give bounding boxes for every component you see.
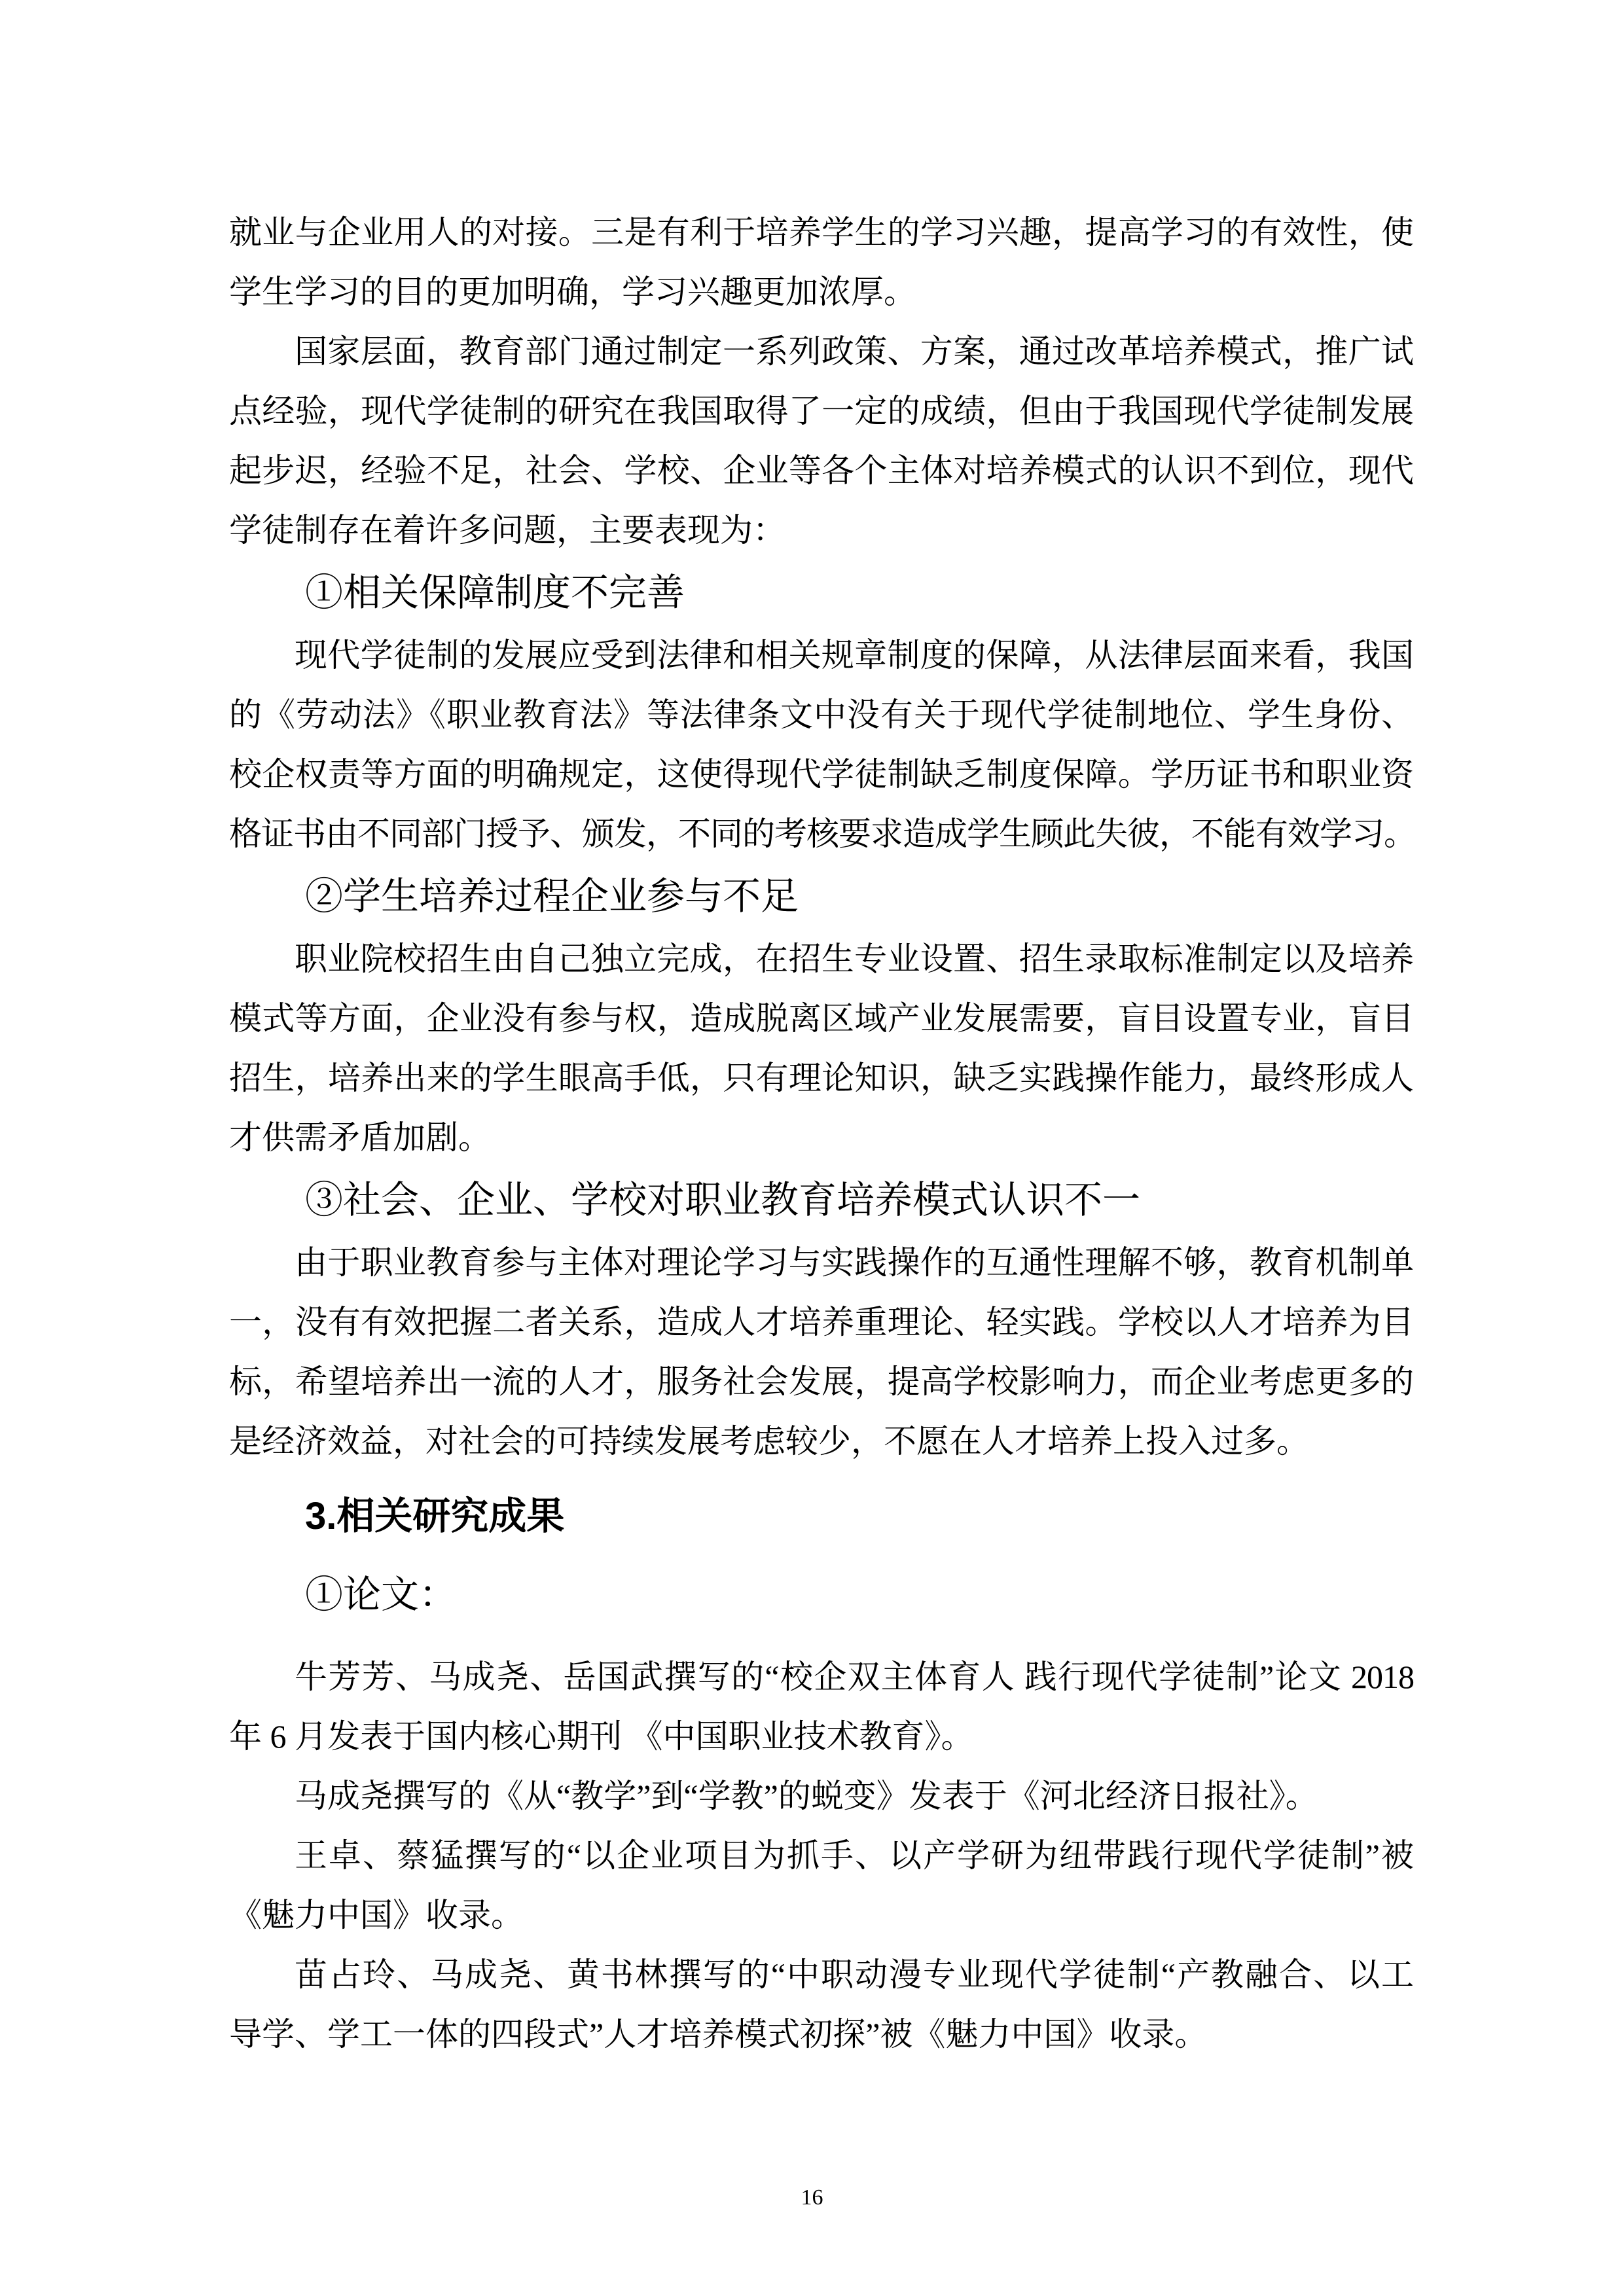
text-line: 学生学习的目的更加明确，学习兴趣更加浓厚。 (229, 262, 1414, 322)
text-line: 由于职业教育参与主体对理论学习与实践操作的互通性理解不够，教育机制单 (229, 1233, 1414, 1293)
text-line: 牛芳芳、马成尧、岳国武撰写的“校企双主体育人 践行现代学徒制”论文 2018 (229, 1647, 1414, 1707)
text-line: 《魅力中国》收录。 (229, 1886, 1414, 1945)
text-line: 学徒制存在着许多问题，主要表现为： (229, 501, 1414, 560)
text-line: 职业院校招生由自己独立完成，在招生专业设置、招生录取标准制定以及培养 (229, 929, 1414, 989)
text-line: 现代学徒制的发展应受到法律和相关规章制度的保障，从法律层面来看，我国 (229, 626, 1414, 685)
text-line: 标，希望培养出一流的人才，服务社会发展，提高学校影响力，而企业考虑更多的 (229, 1352, 1414, 1412)
text-line: 起步迟，经验不足，社会、学校、企业等各个主体对培养模式的认识不到位，现代 (229, 441, 1414, 501)
text-line: 是经济效益，对社会的可持续发展考虑较少，不愿在人才培养上投入过多。 (229, 1412, 1414, 1471)
text-line: 的《劳动法》《职业教育法》等法律条文中没有关于现代学徒制地位、学生身份、 (229, 685, 1414, 745)
text-line: 年 6 月发表于国内核心期刊 《中国职业技术教育》。 (229, 1707, 1414, 1767)
text-line: 格证书由不同部门授予、颁发，不同的考核要求造成学生顾此失彼，不能有效学习。 (229, 804, 1414, 864)
text-body: 就业与企业用人的对接。三是有利于培养学生的学习兴趣，提高学习的有效性，使学生学习… (229, 203, 1414, 2064)
text-line: 模式等方面，企业没有参与权，造成脱离区域产业发展需要，盲目设置专业，盲目 (229, 989, 1414, 1049)
text-line: 国家层面，教育部门通过制定一系列政策、方案，通过改革培养模式，推广试 (229, 322, 1414, 382)
text-line: 招生，培养出来的学生眼高手低，只有理论知识，缺乏实践操作能力，最终形成人 (229, 1049, 1414, 1108)
text-line: 就业与企业用人的对接。三是有利于培养学生的学习兴趣，提高学习的有效性，使 (229, 203, 1414, 262)
heading-line: ①论文： (229, 1562, 1414, 1628)
text-line: 点经验，现代学徒制的研究在我国取得了一定的成绩，但由于我国现代学徒制发展 (229, 382, 1414, 441)
heading-line: 3.相关研究成果 (229, 1480, 1414, 1552)
heading-line: ①相关保障制度不完善 (229, 560, 1414, 626)
page-number: 16 (0, 2185, 1624, 2211)
text-line: 导学、学工一体的四段式”人才培养模式初探”被《魅力中国》收录。 (229, 2005, 1414, 2064)
heading-line: ②学生培养过程企业参与不足 (229, 864, 1414, 929)
text-line: 王卓、蔡猛撰写的“以企业项目为抓手、以产学研为纽带践行现代学徒制”被 (229, 1826, 1414, 1886)
text-line: 才供需矛盾加剧。 (229, 1108, 1414, 1168)
text-line: 马成尧撰写的《从“教学”到“学教”的蜕变》发表于《河北经济日报社》。 (229, 1767, 1414, 1826)
text-line: 一，没有有效把握二者关系，造成人才培养重理论、轻实践。学校以人才培养为目 (229, 1293, 1414, 1352)
text-line: 苗占玲、马成尧、黄书林撰写的“中职动漫专业现代学徒制“产教融合、以工 (229, 1945, 1414, 2005)
document-page: 就业与企业用人的对接。三是有利于培养学生的学习兴趣，提高学习的有效性，使学生学习… (0, 0, 1624, 2296)
text-line: 校企权责等方面的明确规定，这使得现代学徒制缺乏制度保障。学历证书和职业资 (229, 745, 1414, 804)
heading-line: ③社会、企业、学校对职业教育培养模式认识不一 (229, 1168, 1414, 1233)
